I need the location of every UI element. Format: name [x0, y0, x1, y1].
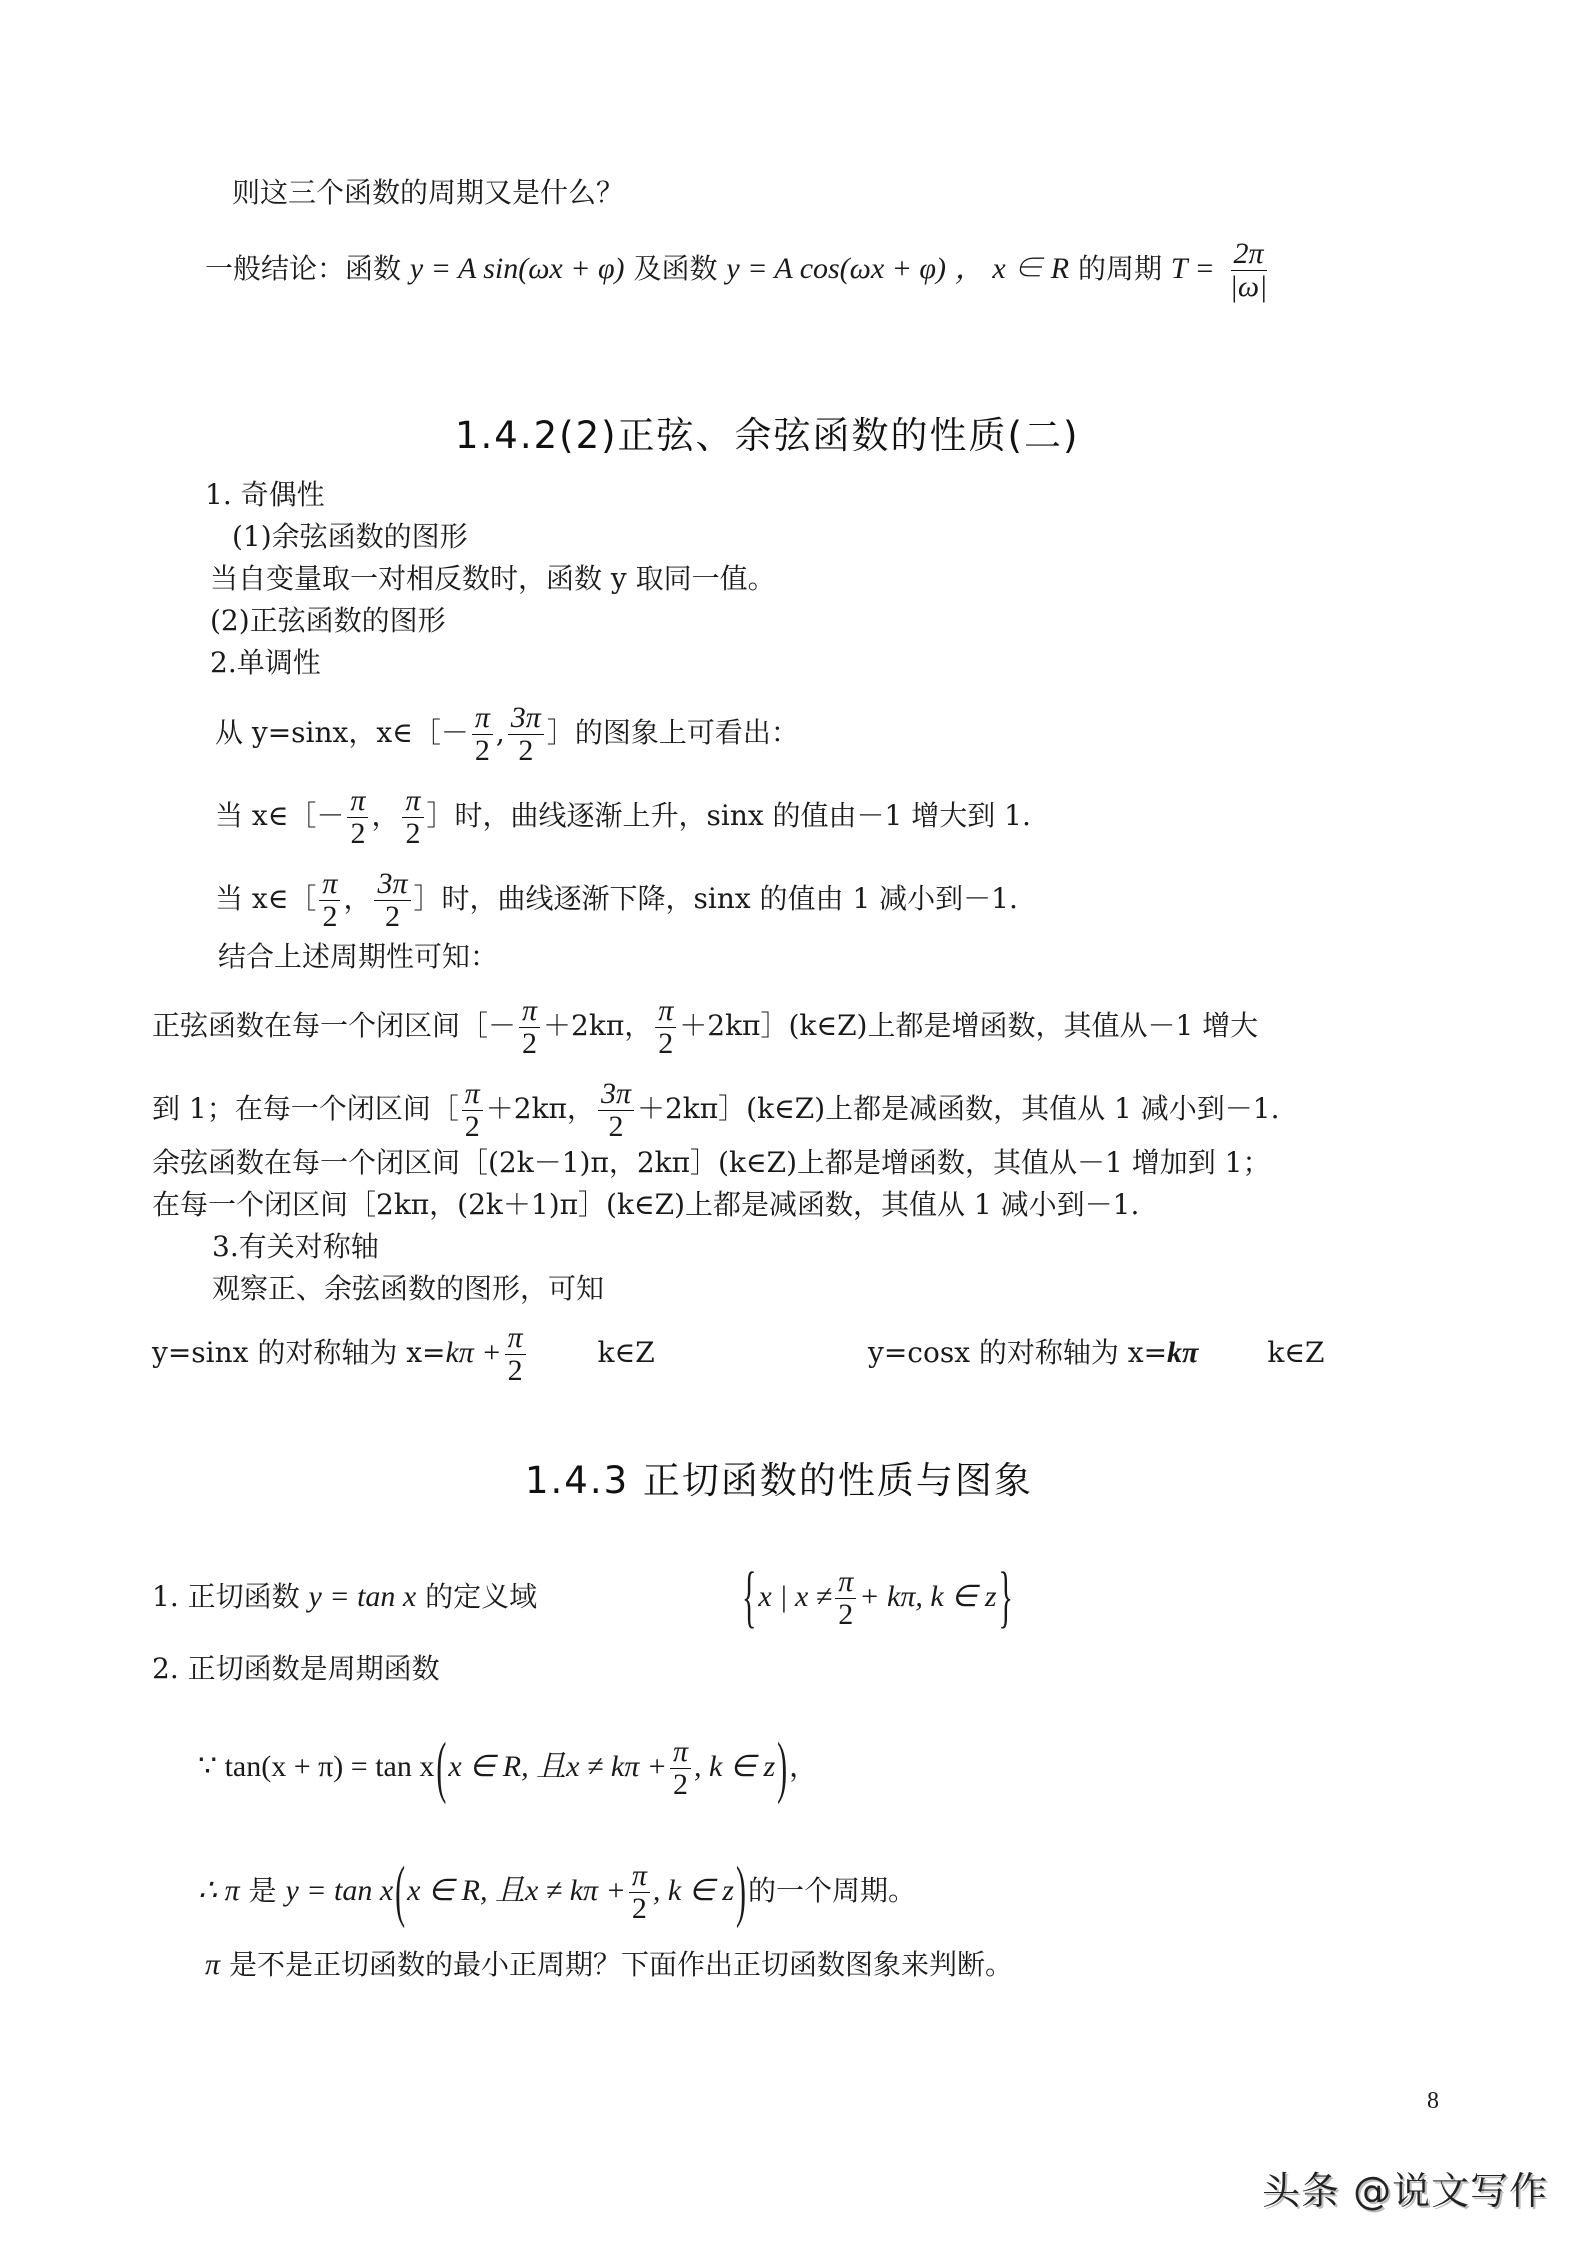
- item-cos-graph: (1)余弦函数的图形: [232, 520, 468, 554]
- section-title-sin-cos: 1.4.2(2)正弦、余弦函数的性质(二): [455, 405, 1079, 459]
- item-parity: 1. 奇偶性: [205, 478, 325, 512]
- tan-domain-item: 1. 正切函数 y = tan x 的定义域: [152, 1580, 537, 1614]
- item-monotonicity: 2.单调性: [210, 646, 321, 680]
- period-text: 的周期: [1078, 252, 1162, 285]
- item-symmetry: 3.有关对称轴: [212, 1230, 379, 1264]
- general-conclusion: 一般结论：函数 y = A sin(ωx + φ) 及函数 y = A cos(…: [205, 238, 1273, 303]
- cos-increasing: 余弦函数在每一个闭区间［(2k－1)π，2kπ］(k∈Z)上都是增函数，其值从－…: [152, 1146, 1270, 1180]
- mono-line-1: 从 y=sinx，x∈［－π2,3π2］的图象上可看出：: [215, 702, 799, 767]
- item-sin-graph: (2)正弦函数的图形: [210, 604, 446, 638]
- mono-line-3: 当 x∈［π2，3π2］时，曲线逐渐下降，sinx 的值由 1 减小到－1.: [215, 868, 1018, 933]
- section-title-tangent: 1.4.3 正切函数的性质与图象: [525, 1450, 1033, 1504]
- cos-decreasing: 在每一个闭区间［2kπ，(2k＋1)π］(k∈Z)上都是减函数，其值从 1 减小…: [152, 1188, 1139, 1222]
- domain-text: ， x ∈ R: [955, 252, 1069, 285]
- tan-domain-set: {x | x ≠π2+ kπ, k ∈ z}: [740, 1566, 1015, 1631]
- tan-periodic-item: 2. 正切函数是周期函数: [152, 1652, 440, 1686]
- combine-note: 结合上述周期性可知：: [218, 940, 498, 974]
- period-lhs: T =: [1171, 252, 1215, 285]
- page-number: 8: [1427, 2088, 1439, 2115]
- mono-line-2: 当 x∈［－π2，π2］时，曲线逐渐上升，sinx 的值由－1 增大到 1.: [215, 785, 1031, 850]
- cos-symmetry-axis: y=cosx 的对称轴为 x=kπ k∈Z: [868, 1336, 1325, 1370]
- sin-formula: y = A sin(ωx + φ): [410, 252, 625, 285]
- conclusion-label: 一般结论：函数: [205, 252, 401, 285]
- symmetry-note: 观察正、余弦函数的图形，可知: [212, 1272, 604, 1306]
- cos-formula: y = A cos(ωx + φ): [726, 252, 946, 285]
- tan-period-conclusion: ∴ π 是 y = tan x(x ∈ R, 且x ≠ kπ +π2, k ∈ …: [198, 1860, 916, 1925]
- sin-decreasing: 到 1；在每一个闭区间［π2＋2kπ，3π2＋2kπ］(k∈Z)上都是减函数，其…: [152, 1078, 1279, 1143]
- sin-increasing: 正弦函数在每一个闭区间［－π2＋2kπ，π2＋2kπ］(k∈Z)上都是增函数，其…: [152, 995, 1258, 1060]
- period-fraction: 2π |ω|: [1227, 238, 1271, 303]
- sin-symmetry-axis: y=sinx 的对称轴为 x=kπ +π2 k∈Z: [152, 1322, 655, 1387]
- and-text: 及函数: [633, 252, 717, 285]
- tan-period-proof: ∵ tan(x + π) = tan x(x ∈ R, 且x ≠ kπ +π2,…: [198, 1736, 817, 1801]
- watermark: 头条 @说文写作: [1262, 2160, 1548, 2215]
- period-question: 则这三个函数的周期又是什么？: [232, 176, 624, 210]
- parity-note: 当自变量取一对相反数时，函数 y 取同一值。: [210, 562, 776, 596]
- min-period-question: π 是不是正切函数的最小正周期？下面作出正切函数图象来判断。: [205, 1948, 1013, 1982]
